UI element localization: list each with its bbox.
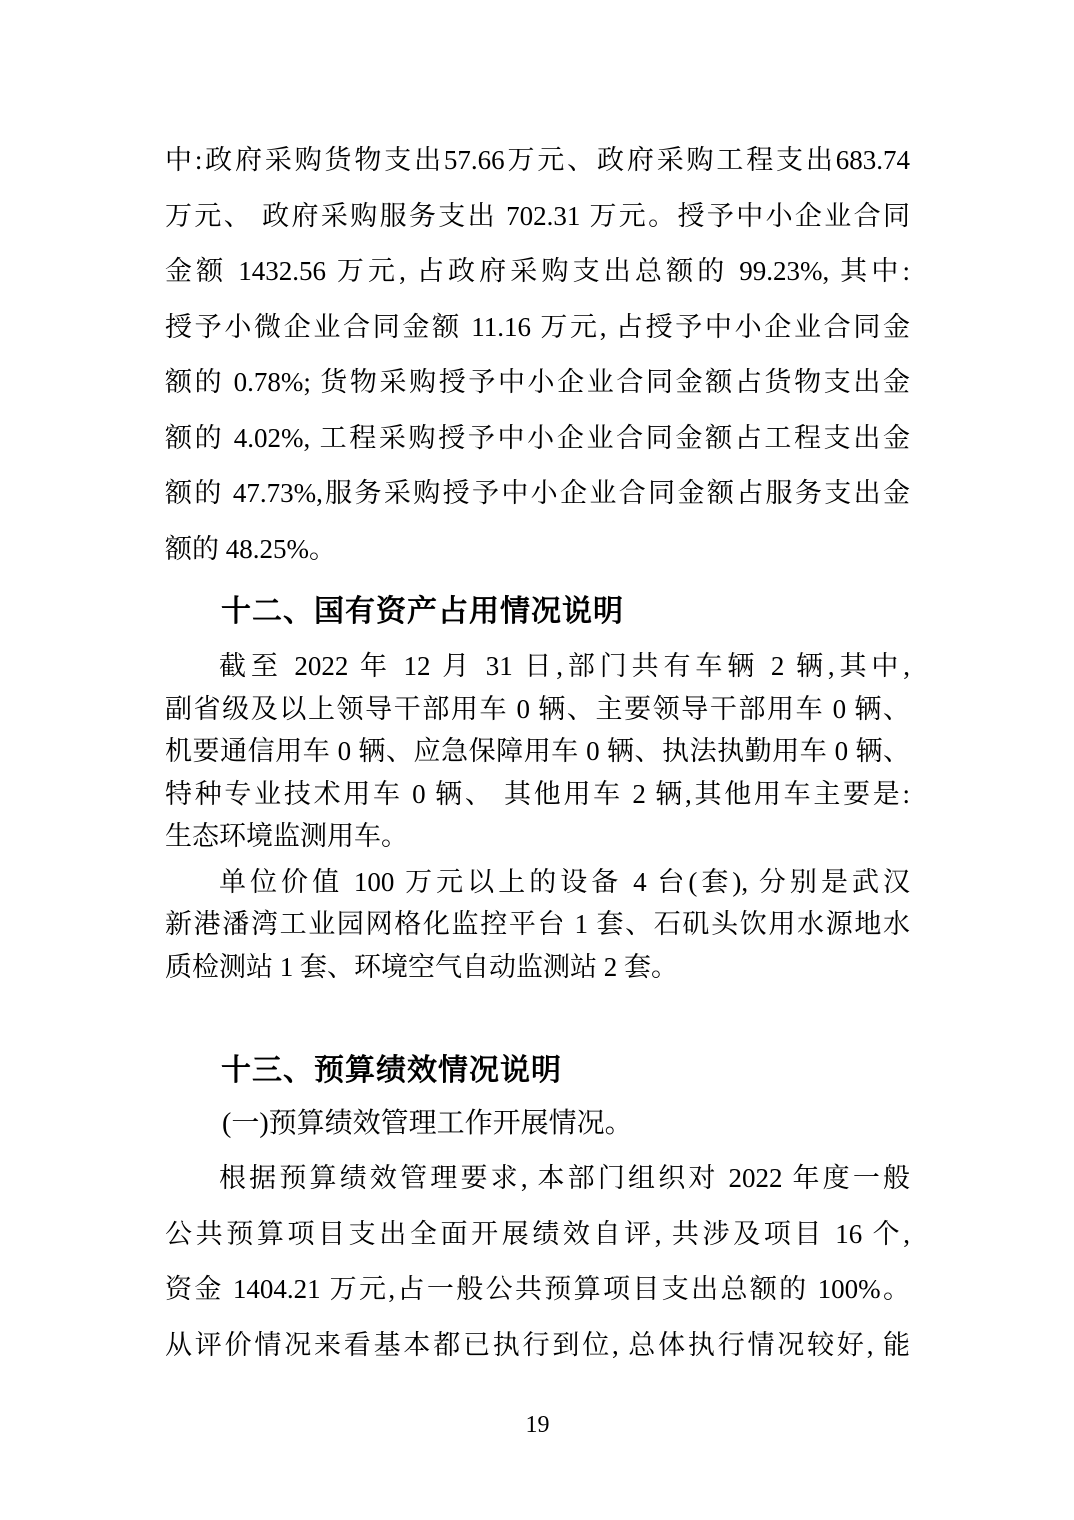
body-line: 中:政府采购货物支出57.66万元、政府采购工程支出683.74 <box>165 133 910 189</box>
body-line: 额的 48.25%。 <box>165 522 910 578</box>
body-line: 授予小微企业合同金额 11.16 万元, 占授予中小企业合同金 <box>165 300 910 356</box>
section-13-para-1: 根据预算绩效管理要求, 本部门组织对 2022 年度一般 公共预算项目支出全面开… <box>165 1151 910 1373</box>
page-number: 19 <box>165 1410 910 1440</box>
document-page: 中:政府采购货物支出57.66万元、政府采购工程支出683.74 万元、 政府采… <box>0 0 1074 1520</box>
body-line: 生态环境监测用车。 <box>165 815 910 858</box>
continued-paragraph: 中:政府采购货物支出57.66万元、政府采购工程支出683.74 万元、 政府采… <box>165 133 910 577</box>
body-line: 万元、 政府采购服务支出 702.31 万元。授予中小企业合同 <box>165 189 910 245</box>
body-line: 额的 47.73%,服务采购授予中小企业合同金额占服务支出金 <box>165 466 910 522</box>
body-line: 公共预算项目支出全面开展绩效自评, 共涉及项目 16 个, <box>165 1207 910 1263</box>
page-content: 中:政府采购货物支出57.66万元、政府采购工程支出683.74 万元、 政府采… <box>165 0 910 1440</box>
section-13-subheading: (一)预算绩效管理工作开展情况。 <box>165 1103 910 1145</box>
body-line: 机要通信用车 0 辆、应急保障用车 0 辆、执法执勤用车 0 辆、 <box>165 730 910 773</box>
section-12-para-1: 截至 2022 年 12 月 31 日,部门共有车辆 2 辆,其中, 副省级及以… <box>165 645 910 858</box>
body-line: 额的 4.02%, 工程采购授予中小企业合同金额占工程支出金 <box>165 411 910 467</box>
section-13-heading: 十三、预算绩效情况说明 <box>165 1051 910 1091</box>
body-line: 质检测站 1 套、环境空气自动监测站 2 套。 <box>165 946 910 989</box>
body-line: 金额 1432.56 万元, 占政府采购支出总额的 99.23%, 其中: <box>165 244 910 300</box>
body-line: 根据预算绩效管理要求, 本部门组织对 2022 年度一般 <box>165 1151 910 1207</box>
body-line: 从评价情况来看基本都已执行到位, 总体执行情况较好, 能 <box>165 1318 910 1374</box>
body-line: 额的 0.78%; 货物采购授予中小企业合同金额占货物支出金 <box>165 355 910 411</box>
body-line: 单位价值 100 万元以上的设备 4 台(套), 分别是武汉 <box>165 861 910 904</box>
body-line: 特种专业技术用车 0 辆、 其他用车 2 辆,其他用车主要是: <box>165 773 910 816</box>
section-12-heading: 十二、国有资产占用情况说明 <box>165 592 910 632</box>
body-line: 资金 1404.21 万元,占一般公共预算项目支出总额的 100%。 <box>165 1262 910 1318</box>
body-line: 副省级及以上领导干部用车 0 辆、主要领导干部用车 0 辆、 <box>165 688 910 731</box>
body-line: 新港潘湾工业园网格化监控平台 1 套、石矶头饮用水源地水 <box>165 903 910 946</box>
body-line: 截至 2022 年 12 月 31 日,部门共有车辆 2 辆,其中, <box>165 645 910 688</box>
section-12-para-2: 单位价值 100 万元以上的设备 4 台(套), 分别是武汉 新港潘湾工业园网格… <box>165 861 910 989</box>
